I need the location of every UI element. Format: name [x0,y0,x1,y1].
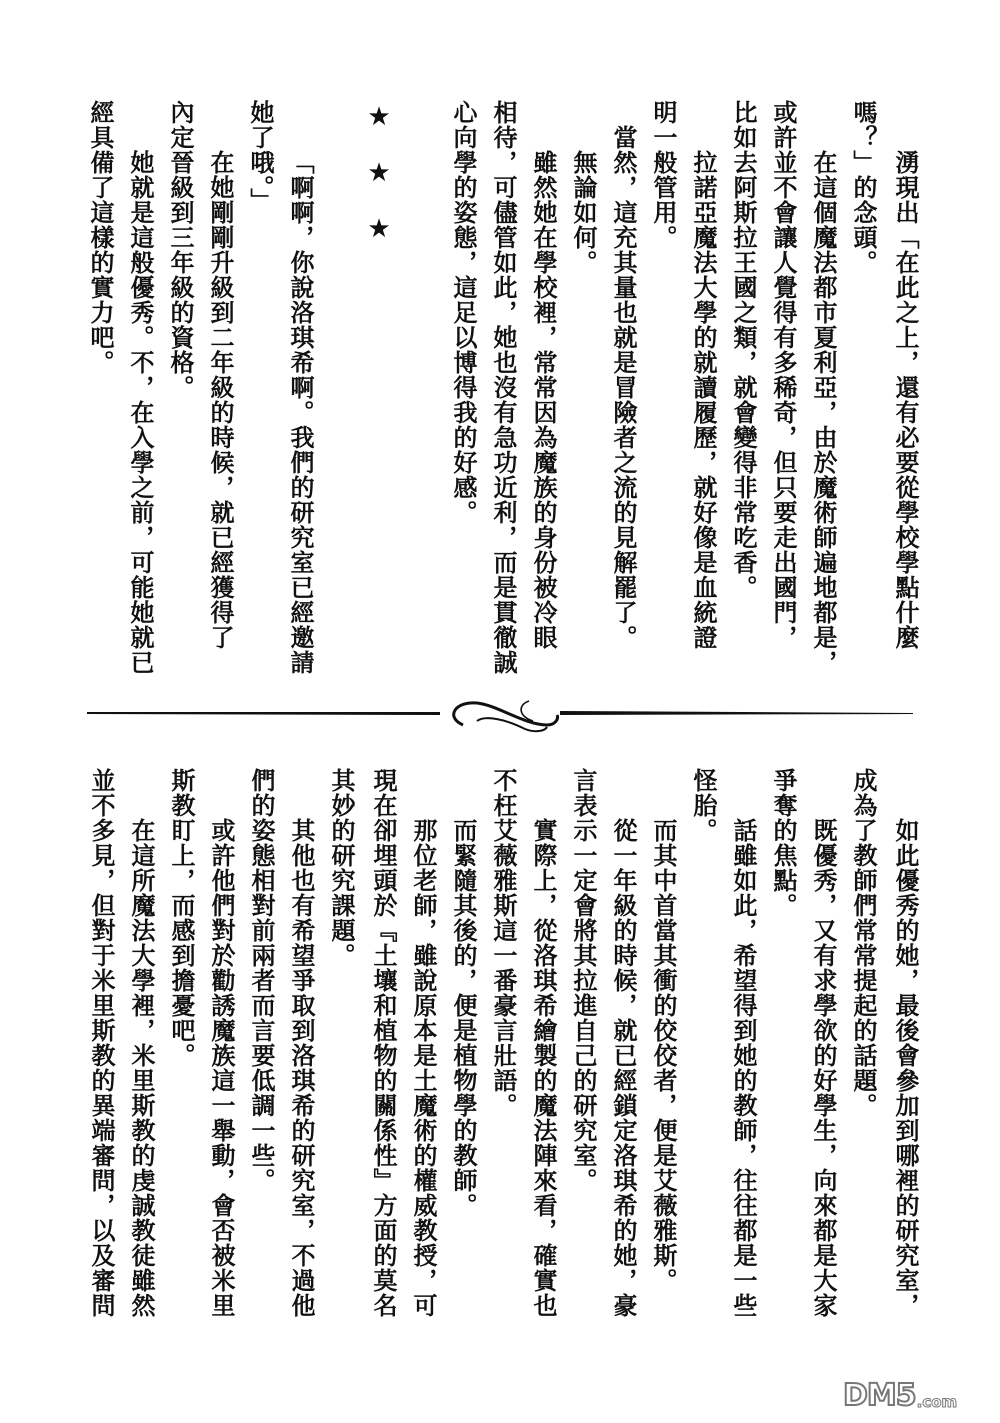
ornamental-divider [85,695,915,735]
text-column: 雖然她在學校裡，常常因為魔族的身份被冷眼 [526,150,560,650]
text-column: 實際上，從洛琪希繪製的魔法陣來看，確實也 [526,818,560,1318]
text-column: 怪胎。 [686,768,720,843]
text-column: 斯教盯上，而感到擔憂吧。 [164,768,198,1068]
text-column: 而緊隨其後的，便是植物學的教師。 [446,818,480,1218]
text-column: 她就是這般優秀。不，在入學之前，可能她就已 [123,150,157,675]
text-column: 或許並不會讓人覺得有多稀奇，但只要走出國門， [766,100,800,650]
text-column: 成為了教師們常常提起的話題。 [846,768,880,1118]
text-column: 話雖如此，希望得到她的教師，往往都是一些 [726,818,760,1318]
text-column: 或許他們對於勸誘魔族這一舉動，會否被米里 [204,818,238,1318]
text-column: 言表示一定會將其拉進自己的研究室。 [566,768,600,1193]
text-column: 相待，可儘管如此，她也沒有急功近利，而是貫徹誠 [486,100,520,675]
text-column: 既優秀，又有求學欲的好學生，向來都是大家 [806,818,840,1318]
text-column: 心向學的姿態，這足以博得我的好感。 [446,100,480,525]
text-column: 「啊啊，你說洛琪希啊。我們的研究室已經邀請 [283,150,317,675]
dm5-watermark-logo: DM5 .com [843,1375,957,1411]
watermark-brand: DM5 [843,1381,916,1411]
text-column: 現在卻埋頭於『土壤和植物的關係性』方面的莫名 [366,768,400,1318]
text-column: 嗎？」的念頭。 [846,100,880,275]
text-column: 其他也有希望爭取到洛琪希的研究室，不過他 [284,818,318,1318]
text-column: 湧現出「在此之上，還有必要從學校學點什麼 [888,150,922,650]
text-column: 她了哦。」 [243,100,277,213]
text-column: 在這所魔法大學裡，米里斯教的虔誠教徒雖然 [124,818,158,1318]
text-column: 當然，這充其量也就是冒險者之流的見解罷了。 [606,125,640,650]
novel-page: 湧現出「在此之上，還有必要從學校學點什麼 嗎？」的念頭。 在這個魔法都市夏利亞，… [0,0,1000,1423]
text-column: 拉諾亞魔法大學的就讀履歷，就好像是血統證 [686,150,720,650]
text-column: 爭奪的焦點。 [766,768,800,918]
text-column: 如此優秀的她，最後會參加到哪裡的研究室， [888,818,922,1318]
watermark-suffix: .com [917,1393,958,1411]
text-column: 在這個魔法都市夏利亞，由於魔術師遍地都是， [806,150,840,675]
text-column: 其妙的研究課題。 [324,768,358,968]
text-column: 明一般管用。 [646,100,680,250]
text-column: 並不多見，但對于米里斯教的異端審問，以及審問 [84,768,118,1318]
scene-break-stars: ★★★ [362,102,396,270]
text-column: 在她剛剛升級到二年級的時候，就已經獲得了 [203,150,237,650]
text-column: 經具備了這樣的實力吧。 [83,100,117,375]
text-column: 從一年級的時候，就已經鎖定洛琪希的她，豪 [606,818,640,1318]
text-column: 那位老師，雖說原本是土魔術的權威教授，可 [406,818,440,1318]
text-column: 不枉艾薇雅斯這一番豪言壯語。 [486,768,520,1118]
text-column: 內定晉級到三年級的資格。 [163,100,197,400]
text-column: 比如去阿斯拉王國之類，就會變得非常吃香。 [726,100,760,600]
text-column: 們的姿態相對前兩者而言要低調一些。 [244,768,278,1193]
text-column: 無論如何。 [566,150,600,275]
text-column: 而其中首當其衝的佼佼者，便是艾薇雅斯。 [646,818,680,1293]
